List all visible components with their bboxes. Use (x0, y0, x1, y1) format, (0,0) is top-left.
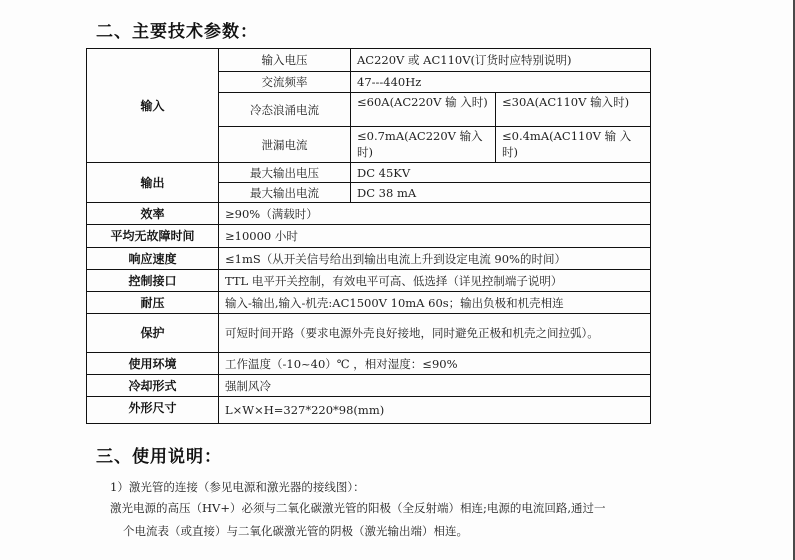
sub-label: 最大输出电流 (219, 183, 351, 203)
category-mtbf: 平均无故障时间 (87, 225, 219, 248)
table-row: 响应速度 ≤1mS（从开关信号给出到输出电流上升到设定电流 90%的时间） (87, 248, 651, 270)
value-cell: 47---440Hz (351, 72, 651, 93)
table-row: 外形尺寸 L×W×H=327*220*98(mm) (87, 397, 651, 424)
table-row: 平均无故障时间 ≥10000 小时 (87, 225, 651, 248)
value-cell: TTL 电平开关控制，有效电平可高、低选择（详见控制端子说明） (219, 270, 651, 292)
category-response-speed: 响应速度 (87, 248, 219, 270)
usage-paragraph: 个电流表（或直接）与二氧化碳激光管的阴极（激光输出端）相连。 (123, 523, 468, 539)
table-row: 耐压 输入-输出,输入-机壳:AC1500V 10mA 60s；输出负极和机壳相… (87, 292, 651, 314)
table-row: 冷却形式 强制风冷 (87, 375, 651, 397)
value-cell: ≥10000 小时 (219, 225, 651, 248)
sub-label: 输入电压 (219, 49, 351, 72)
section-heading-usage: 三、使用说明： (96, 442, 222, 467)
value-cell: ≥90%（满载时） (219, 203, 651, 225)
value-cell: 输入-输出,输入-机壳:AC1500V 10mA 60s；输出负极和机壳相连 (219, 292, 651, 314)
value-cell: 工作温度（-10~40）℃ ，相对湿度：≤90% (219, 353, 651, 375)
value-cell: DC 45KV (351, 163, 651, 183)
section-heading-specs: 二、主要技术参数： (96, 17, 258, 42)
value-cell: ≤60A(AC220V 输 入时) (351, 93, 496, 127)
category-cooling: 冷却形式 (87, 375, 219, 397)
table-row: 输出 最大输出电压 DC 45KV (87, 163, 651, 183)
sub-label: 冷态浪涌电流 (219, 93, 351, 127)
value-cell: ≤1mS（从开关信号给出到输出电流上升到设定电流 90%的时间） (219, 248, 651, 270)
category-output: 输出 (87, 163, 219, 203)
sub-label: 交流频率 (219, 72, 351, 93)
value-cell: 强制风冷 (219, 375, 651, 397)
value-cell: ≤0.7mA(AC220V 输入时) (351, 127, 496, 163)
value-cell: DC 38 mA (351, 183, 651, 203)
category-efficiency: 效率 (87, 203, 219, 225)
usage-paragraph: 1）激光管的连接（参见电源和激光器的接线图）： (110, 479, 365, 495)
value-cell: ≤30A(AC110V 输入时) (496, 93, 651, 127)
value-cell: AC220V 或 AC110V(订货时应特别说明) (351, 49, 651, 72)
table-row: 输入 输入电压 AC220V 或 AC110V(订货时应特别说明) (87, 49, 651, 72)
category-withstand-voltage: 耐压 (87, 292, 219, 314)
table-row: 保护 可短时间开路（要求电源外壳良好接地，同时避免正极和机壳之间拉弧）。 (87, 314, 651, 353)
category-control-interface: 控制接口 (87, 270, 219, 292)
category-environment: 使用环境 (87, 353, 219, 375)
category-dimensions: 外形尺寸 (87, 397, 219, 424)
table-row: 效率 ≥90%（满载时） (87, 203, 651, 225)
sub-label: 最大输出电压 (219, 163, 351, 183)
table-row: 控制接口 TTL 电平开关控制，有效电平可高、低选择（详见控制端子说明） (87, 270, 651, 292)
sub-label: 泄漏电流 (219, 127, 351, 163)
value-cell: ≤0.4mA(AC110V 输 入时) (496, 127, 651, 163)
spec-table: 输入 输入电压 AC220V 或 AC110V(订货时应特别说明) 交流频率 4… (86, 48, 651, 424)
value-cell: 可短时间开路（要求电源外壳良好接地，同时避免正极和机壳之间拉弧）。 (219, 314, 651, 353)
category-protection: 保护 (87, 314, 219, 353)
value-cell: L×W×H=327*220*98(mm) (219, 397, 651, 424)
table-row: 使用环境 工作温度（-10~40）℃ ，相对湿度：≤90% (87, 353, 651, 375)
usage-paragraph: 激光电源的高压（HV+）必须与二氧化碳激光管的阳极（全反射端）相连;电源的电流回… (110, 500, 606, 516)
category-input: 输入 (87, 49, 219, 163)
